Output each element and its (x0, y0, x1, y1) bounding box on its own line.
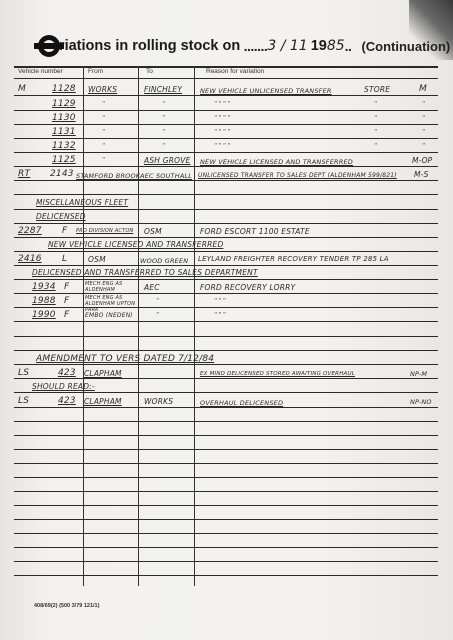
ditto-mark: " (102, 115, 105, 122)
ditto-mark: " (374, 115, 377, 122)
ditto-mark: " " " " (214, 115, 230, 122)
ditto-mark: " (162, 101, 165, 108)
to-depot: AEC SOUTHALL (140, 172, 192, 180)
vehicle-number: 423 (58, 368, 76, 378)
ditto-mark: " " " (214, 298, 225, 305)
from-depot: MECH ENG AS ALDENHAM (85, 281, 137, 293)
vehicle-number: 1934 (32, 282, 56, 292)
ditto-mark: " (162, 115, 165, 122)
ditto-mark: " " " " (214, 143, 230, 150)
reason: OVERHAUL DELICENSED (200, 399, 283, 407)
continuation-label: (Continuation) (361, 39, 450, 54)
vehicle-number: 1990 (32, 310, 56, 320)
vehicle-number: 1131 (52, 127, 76, 137)
vehicle-class: M (18, 84, 26, 94)
col-divider (194, 66, 195, 586)
vehicle-class: F (62, 226, 67, 236)
vehicle-number: 2143 (50, 169, 74, 179)
vehicle-class: F (64, 296, 69, 306)
code: M (419, 84, 427, 94)
ditto-mark: " (102, 143, 105, 150)
col-header-to: To (146, 68, 153, 75)
vehicle-number: 1130 (52, 113, 76, 123)
variations-table: Vehicle number From To Reason for variat… (14, 66, 438, 586)
ditto-mark: " (422, 101, 425, 108)
date-month: 11 (290, 38, 308, 54)
col-divider (83, 66, 84, 586)
to-depot: ASH GROVE (144, 156, 191, 165)
subheading-transferred-sales: DELICENSED AND TRANSFERRED TO SALES DEPA… (32, 268, 258, 277)
from-depot: STAMFORD BROOK (76, 172, 140, 180)
form-title: Variations in rolling stock on (42, 38, 240, 54)
from-depot: WORKS (88, 85, 117, 94)
reason: EX MIND DELICENSED STORED AWAITING OVERH… (200, 371, 355, 377)
should-read-label: SHOULD READ:- (32, 382, 95, 391)
ditto-mark: " (162, 143, 165, 150)
to-depot: FINCHLEY (144, 85, 182, 94)
to-depot: WOOD GREEN (140, 257, 188, 265)
ditto-mark: " (422, 129, 425, 136)
reason: UNLICENSED TRANSFER TO SALES DEPT (Alden… (198, 172, 397, 179)
vehicle-class: F (64, 282, 69, 292)
from-depot: MECH ENG AS ALDENHAM UPTON PARK (85, 295, 137, 313)
ditto-mark: " (422, 143, 425, 150)
vehicle-class: F (64, 310, 69, 320)
subheading-new-licensed: NEW VEHICLE LICENSED AND TRANSFERRED (48, 240, 223, 249)
ditto-mark: " (374, 143, 377, 150)
ditto-mark: " (102, 129, 105, 136)
date-year-prefix: 19 (311, 38, 327, 54)
vehicle-number: 2287 (18, 226, 42, 236)
ditto-mark: " (102, 157, 105, 164)
vehicle-class: LS (18, 396, 29, 406)
date-day: 3 (267, 38, 276, 54)
from-depot: CLAPHAM (84, 397, 122, 406)
ditto-mark: " (156, 312, 159, 319)
to-depot: OSM (144, 227, 162, 236)
form-header: Variations in rolling stock on ....... 3… (34, 32, 444, 60)
from-depot: CLAPHAM (84, 369, 122, 378)
ditto-mark: " (162, 129, 165, 136)
vehicle-class: L (62, 254, 67, 264)
date-year-suffix: 85 (327, 38, 345, 54)
from-depot: OSM (88, 255, 106, 264)
vehicle-number: 1129 (52, 99, 76, 109)
form-page: Variations in rolling stock on ....... 3… (0, 0, 453, 640)
reason: NEW VEHICLE LICENSED AND TRANSFERRED (200, 158, 353, 166)
ditto-mark: " (374, 129, 377, 136)
form-reference-footer: 408/69(2) (500 3/79 121/1) (34, 603, 99, 609)
vehicle-number: 2416 (18, 254, 42, 264)
to-depot: AEC (144, 283, 160, 292)
date-dots: ....... (240, 38, 267, 54)
subheading-delicensed: DELICENSED (36, 212, 86, 221)
ditto-mark: " " " " (214, 101, 230, 108)
code: NP-NO (410, 398, 432, 406)
vehicle-number: 1128 (52, 84, 76, 94)
code: M-S (414, 170, 429, 179)
col-header-from: From (88, 68, 103, 75)
vehicle-number: 1125 (52, 155, 76, 165)
date-dots-end: .. (345, 38, 352, 54)
ditto-mark: " " " (214, 312, 225, 319)
col-header-vehicle: Vehicle number (18, 68, 63, 75)
ditto-mark: " " " " (214, 129, 230, 136)
reason: LEYLAND FREIGHTER RECOVERY TENDER TP 285… (198, 255, 389, 263)
reason: FORD ESCORT 1100 ESTATE (200, 227, 310, 236)
amendment-heading: AMENDMENT TO VERS DATED 7/12/84 (36, 354, 214, 364)
ditto-mark: " (156, 298, 159, 305)
store-note: STORE (364, 85, 390, 94)
reason: NEW VEHICLE UNLICENSED TRANSFER (200, 87, 332, 95)
from-depot: PRO DIVISION ACTON (76, 228, 133, 234)
from-depot: EMBO (NEDEN) (85, 312, 133, 319)
vehicle-number: 423 (58, 396, 76, 406)
vehicle-number: 1988 (32, 296, 56, 306)
code: NP-M (410, 370, 427, 378)
to-depot: WORKS (144, 397, 173, 406)
col-header-reason: Reason for variation (206, 68, 264, 75)
ditto-mark: " (422, 115, 425, 122)
code: M-OP (412, 156, 432, 165)
reason: FORD RECOVERY LORRY (200, 283, 295, 292)
ditto-mark: " (102, 101, 105, 108)
section-heading-misc-fleet: MISCELLANEOUS FLEET (36, 198, 128, 207)
col-divider (138, 66, 139, 586)
date-sep: / (276, 38, 290, 54)
vehicle-number: 1132 (52, 141, 76, 151)
ditto-mark: " (374, 101, 377, 108)
vehicle-class: LS (18, 368, 29, 378)
vehicle-class: RT (18, 169, 30, 179)
